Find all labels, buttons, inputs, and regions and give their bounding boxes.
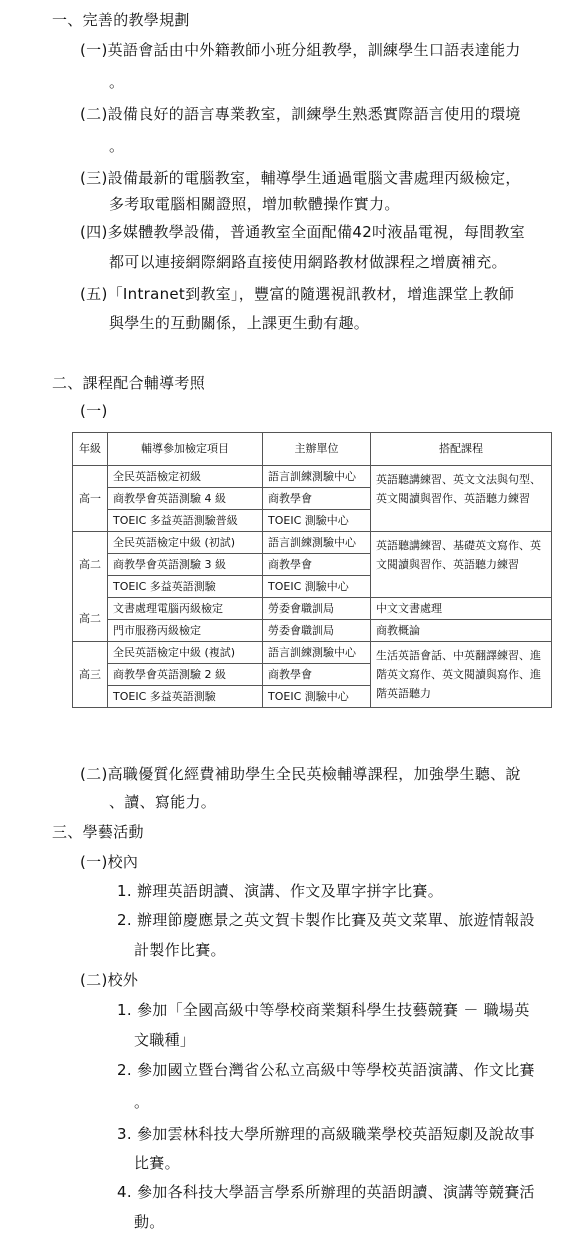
item-label: (五): [80, 285, 108, 303]
item-num: 4.: [117, 1183, 132, 1201]
section2-sub2: (二)高職優質化經費補助學生全民英檢輔導課程，加強學生聽、說: [80, 764, 521, 784]
item-text: 多媒體教學設備，普通教室全面配備42吋液晶電視，每間教室: [108, 223, 526, 241]
org-cell: 勞委會職訓局: [263, 620, 371, 642]
section1-item-2: (二)設備良好的語言專業教室，訓練學生熟悉實際語言使用的環境: [80, 104, 521, 124]
table-row: 高二 全民英語檢定中級 (初試) 語言訓練測驗中心 英語聽講練習、基礎英文寫作、…: [73, 532, 552, 554]
section3-sub2-item-2: 2. 參加國立暨台灣省公私立高級中等學校英語演講、作文比賽: [117, 1060, 535, 1080]
section3-sub2-item-1-cont: 文職種」: [134, 1030, 195, 1050]
item-text: 參加各科技大學語言學系所辦理的英語朗讀、演講等競賽活: [137, 1183, 535, 1201]
grade-cell: 高一: [73, 466, 108, 532]
section1-item-5: (五)「Intranet到教室」，豐富的隨選視訊教材，增進課堂上教師: [80, 284, 514, 304]
item-num: 1.: [117, 882, 132, 900]
item-text: 辦理節慶應景之英文賀卡製作比賽及英文菜單、旅遊情報設: [137, 911, 535, 929]
table-row: 高一 全民英語檢定初級 語言訓練測驗中心 英語聽講練習、英文文法與句型、英文閱讀…: [73, 466, 552, 488]
section3-sub2-item-1: 1. 參加「全國高級中等學校商業類科學生技藝競賽 － 職場英: [117, 1000, 530, 1020]
item-cell: 商教學會英語測驗 4 級: [108, 488, 263, 510]
section1-title: 一、完善的教學規劃: [52, 10, 190, 30]
item-label: (三): [80, 169, 108, 187]
header-item: 輔導參加檢定項目: [108, 433, 263, 466]
header-org: 主辦單位: [263, 433, 371, 466]
grade-cell: 高二: [73, 598, 108, 642]
item-cell: 商教學會英語測驗 2 級: [108, 664, 263, 686]
section3-sub2-item-3-cont: 比賽。: [134, 1153, 180, 1173]
item-cell: 門市服務丙級檢定: [108, 620, 263, 642]
table-header-row: 年級 輔導參加檢定項目 主辦單位 搭配課程: [73, 433, 552, 466]
item-text: 高職優質化經費補助學生全民英檢輔導課程，加強學生聽、說: [108, 765, 521, 783]
org-cell: 勞委會職訓局: [263, 598, 371, 620]
header-grade: 年級: [73, 433, 108, 466]
section1-item-3: (三)設備最新的電腦教室，輔導學生通過電腦文書處理丙級檢定，: [80, 168, 521, 188]
item-label: (四): [80, 223, 108, 241]
section3-sub2-item-3: 3. 參加雲林科技大學所辦理的高級職業學校英語短劇及說故事: [117, 1124, 535, 1144]
item-cell: TOEIC 多益英語測驗: [108, 686, 263, 708]
section3-sub1-label: (一)校內: [80, 852, 138, 872]
section3-sub2-item-4-cont: 動。: [134, 1212, 165, 1232]
item-text: 「Intranet到教室」，豐富的隨選視訊教材，增進課堂上教師: [108, 285, 515, 303]
item-text: 設備良好的語言專業教室，訓練學生熟悉實際語言使用的環境: [108, 105, 521, 123]
org-cell: 語言訓練測驗中心: [263, 466, 371, 488]
org-cell: TOEIC 測驗中心: [263, 686, 371, 708]
item-text: 設備最新的電腦教室，輔導學生通過電腦文書處理丙級檢定，: [108, 169, 521, 187]
header-course: 搭配課程: [371, 433, 552, 466]
certification-table: 年級 輔導參加檢定項目 主辦單位 搭配課程 高一 全民英語檢定初級 語言訓練測驗…: [72, 432, 552, 708]
item-text: 英語會話由中外籍教師小班分組教學，訓練學生口語表達能力: [108, 41, 521, 59]
item-cell: TOEIC 多益英語測驗: [108, 576, 263, 598]
table-row: 高三 全民英語檢定中級 (複試) 語言訓練測驗中心 生活英語會話、中英翻譯練習、…: [73, 642, 552, 664]
section3-sub2-item-4: 4. 參加各科技大學語言學系所辦理的英語朗讀、演講等競賽活: [117, 1182, 535, 1202]
item-label: (二): [80, 105, 108, 123]
item-label: (一): [80, 41, 108, 59]
section3-sub1-item-1: 1. 辦理英語朗讀、演講、作文及單字拼字比賽。: [117, 881, 443, 901]
org-cell: 商教學會: [263, 554, 371, 576]
course-cell: 生活英語會話、中英翻譯練習、進階英文寫作、英文閱讀與寫作、進階英語聽力: [371, 642, 552, 708]
section2-sub2-cont: 、讀、寫能力。: [109, 792, 216, 812]
item-cell: TOEIC 多益英語測驗普級: [108, 510, 263, 532]
item-text: 參加國立暨台灣省公私立高級中等學校英語演講、作文比賽: [137, 1061, 535, 1079]
section1-item-4: (四)多媒體教學設備，普通教室全面配備42吋液晶電視，每間教室: [80, 222, 525, 242]
item-num: 1.: [117, 1001, 132, 1019]
item-text: 參加雲林科技大學所辦理的高級職業學校英語短劇及說故事: [137, 1125, 535, 1143]
grade-cell: 高二: [73, 532, 108, 598]
item-cell: 全民英語檢定中級 (初試): [108, 532, 263, 554]
item-num: 3.: [117, 1125, 132, 1143]
table-row: 門市服務丙級檢定 勞委會職訓局 商教概論: [73, 620, 552, 642]
item-num: 2.: [117, 1061, 132, 1079]
org-cell: TOEIC 測驗中心: [263, 510, 371, 532]
item-cell: 文書處理電腦丙級檢定: [108, 598, 263, 620]
item-text: 辦理英語朗讀、演講、作文及單字拼字比賽。: [137, 882, 443, 900]
org-cell: 商教學會: [263, 664, 371, 686]
course-cell: 中文文書處理: [371, 598, 552, 620]
item-label: (二): [80, 765, 108, 783]
section1-item-1-cont: 。: [109, 72, 124, 92]
section1-item-3-cont: 多考取電腦相關證照，增加軟體操作實力。: [109, 194, 400, 214]
section3-sub2-label: (二)校外: [80, 970, 138, 990]
item-cell: 全民英語檢定初級: [108, 466, 263, 488]
course-cell: 商教概論: [371, 620, 552, 642]
section2-title: 二、課程配合輔導考照: [52, 373, 205, 393]
item-cell: 商教學會英語測驗 3 級: [108, 554, 263, 576]
section1-item-5-cont: 與學生的互動關係，上課更生動有趣。: [109, 313, 369, 333]
org-cell: TOEIC 測驗中心: [263, 576, 371, 598]
section3-sub2-item-2-cont: 。: [134, 1092, 149, 1112]
section2-sub1-label: (一): [80, 401, 108, 421]
course-cell: 英語聽講練習、英文文法與句型、英文閱讀與習作、英語聽力練習: [371, 466, 552, 532]
section3-sub1-item-2-cont: 計製作比賽。: [134, 940, 226, 960]
section1-item-1: (一)英語會話由中外籍教師小班分組教學，訓練學生口語表達能力: [80, 40, 521, 60]
section1-item-4-cont: 都可以連接網際網路直接使用網路教材做課程之增廣補充。: [109, 252, 507, 272]
section3-sub1-item-2: 2. 辦理節慶應景之英文賀卡製作比賽及英文菜單、旅遊情報設: [117, 910, 535, 930]
section3-title: 三、學藝活動: [52, 822, 144, 842]
section1-item-2-cont: 。: [109, 136, 124, 156]
org-cell: 語言訓練測驗中心: [263, 642, 371, 664]
grade-cell: 高三: [73, 642, 108, 708]
org-cell: 語言訓練測驗中心: [263, 532, 371, 554]
item-cell: 全民英語檢定中級 (複試): [108, 642, 263, 664]
table-row: 高二 文書處理電腦丙級檢定 勞委會職訓局 中文文書處理: [73, 598, 552, 620]
item-num: 2.: [117, 911, 132, 929]
course-cell: 英語聽講練習、基礎英文寫作、英文閱讀與習作、英語聽力練習: [371, 532, 552, 598]
org-cell: 商教學會: [263, 488, 371, 510]
item-text: 參加「全國高級中等學校商業類科學生技藝競賽 － 職場英: [137, 1001, 530, 1019]
